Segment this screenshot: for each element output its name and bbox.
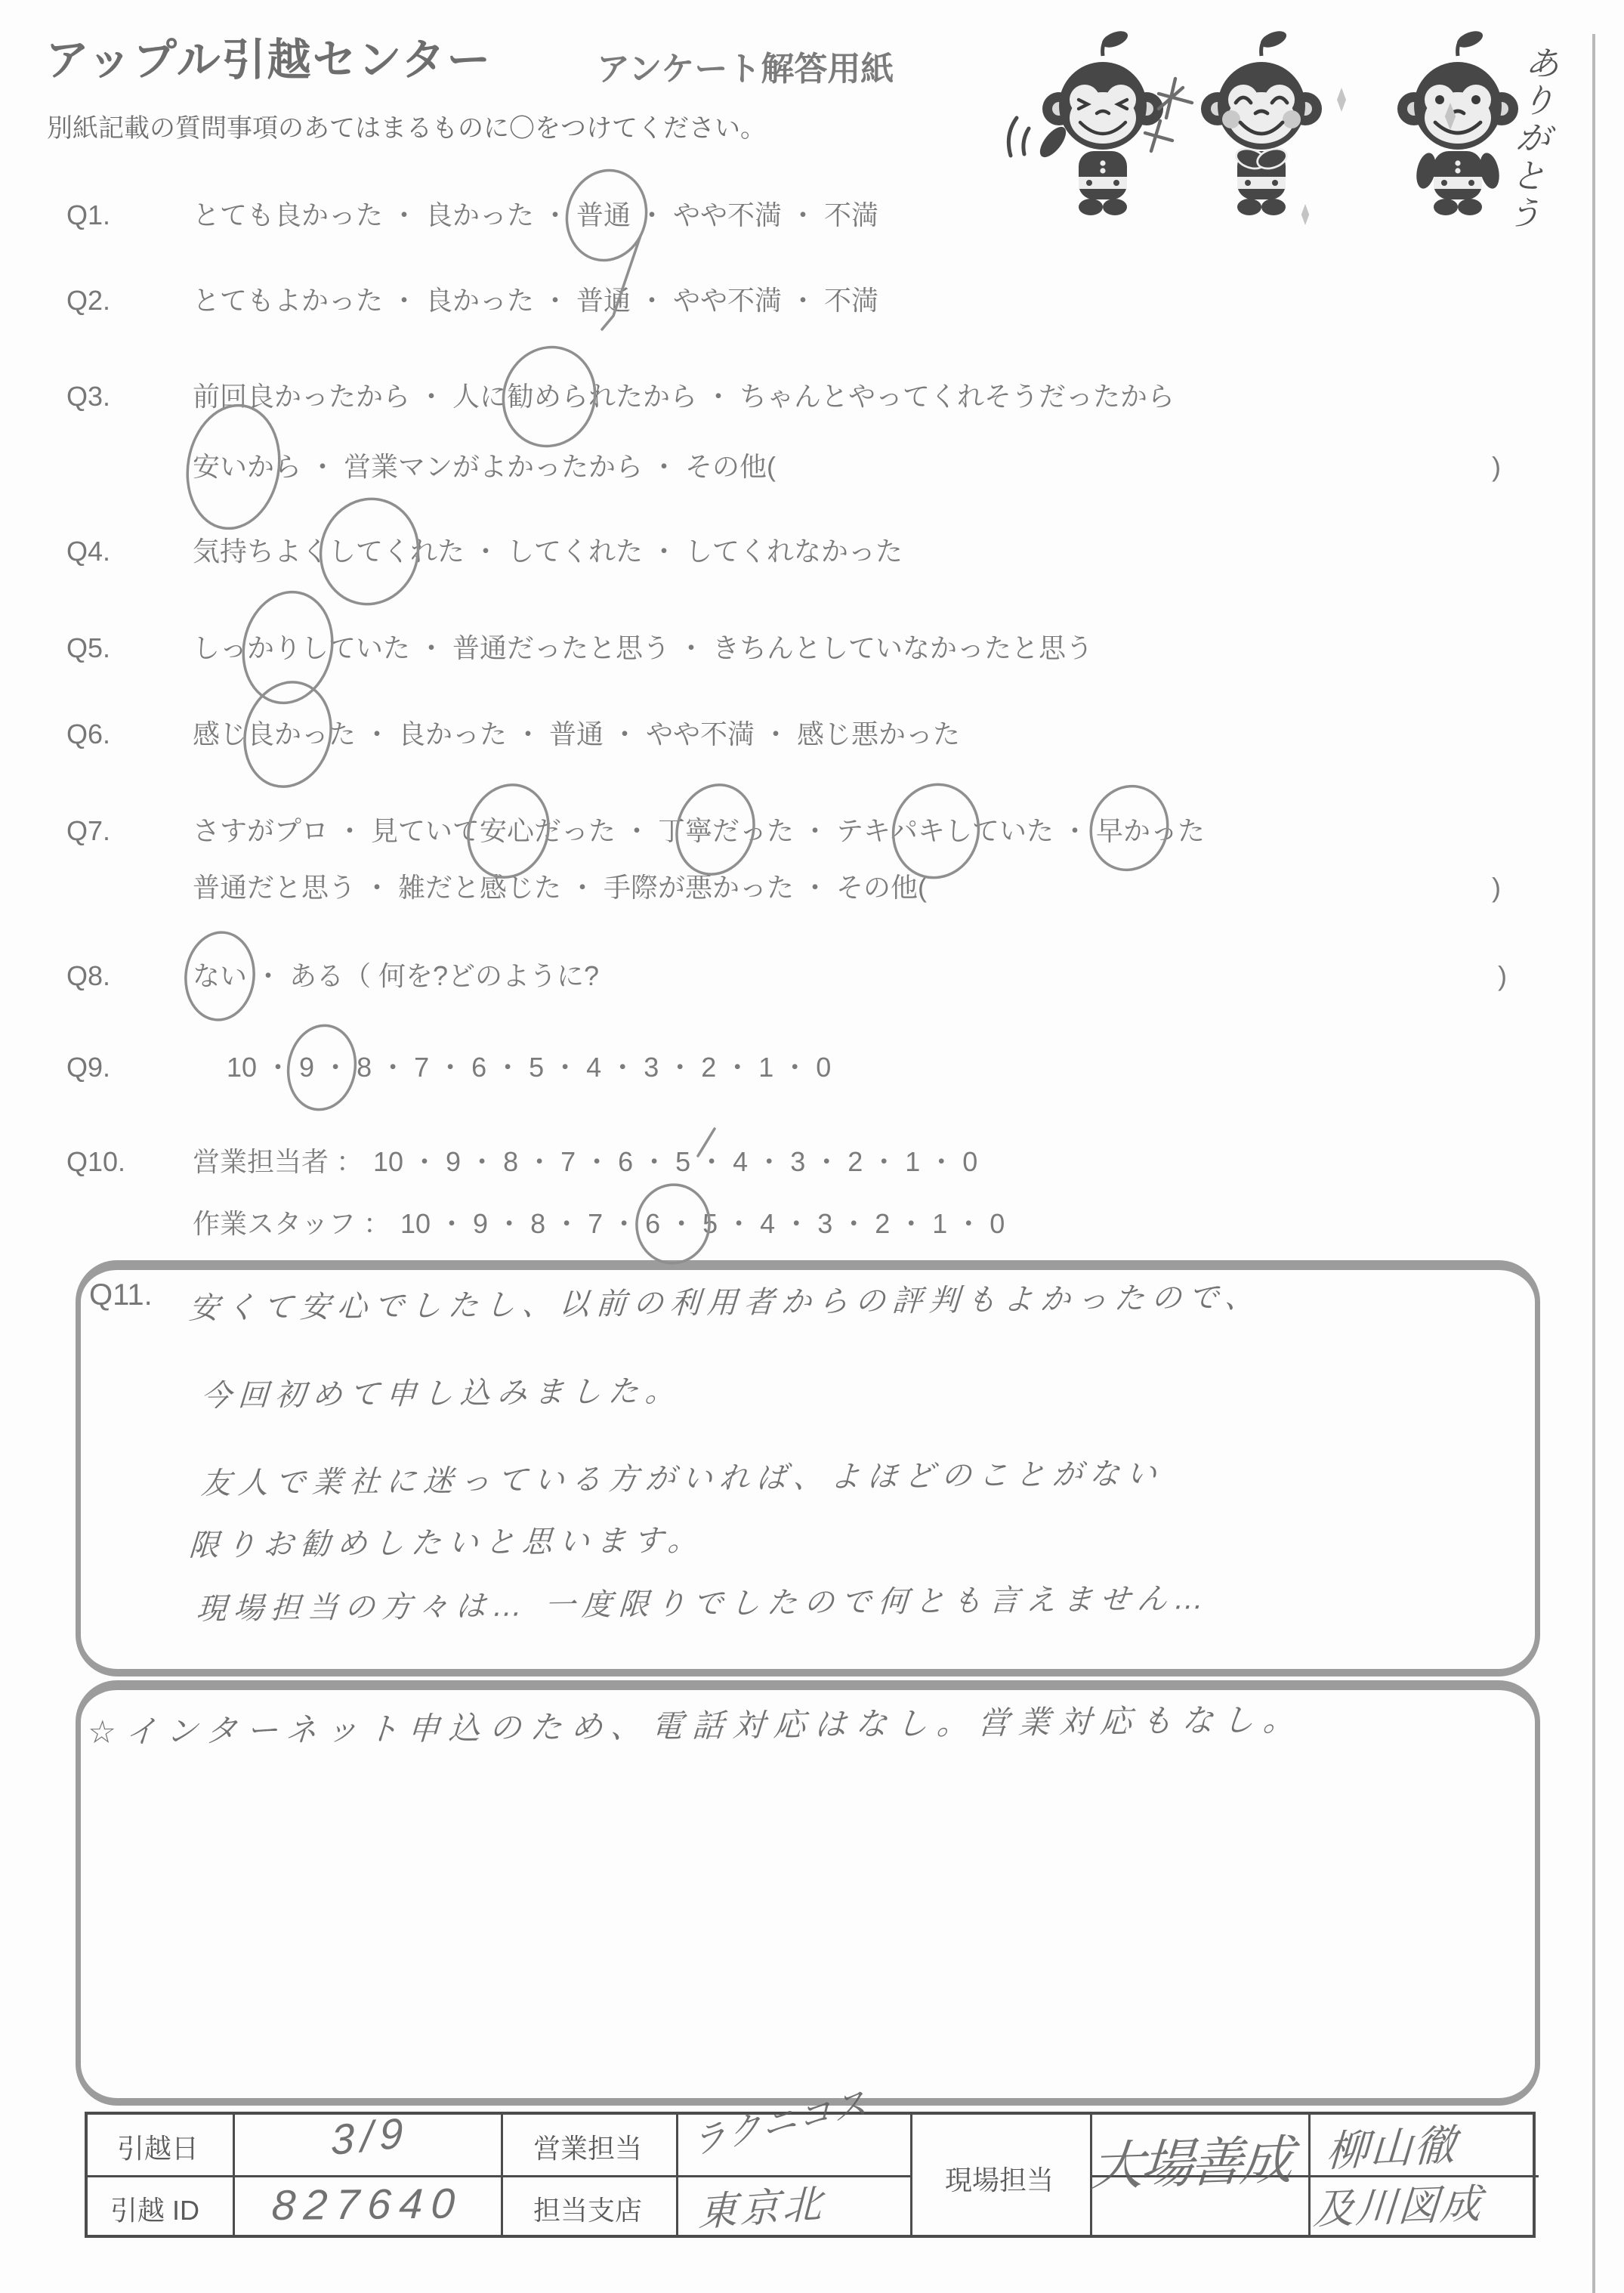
q3-options-line1: 前回良かったから ・ 人に勧められたから ・ ちゃんとやってくれそうだったから (193, 382, 1175, 412)
branch-label: 担当支店 (533, 2189, 642, 2228)
q9-id: Q9. (66, 1052, 110, 1083)
q6-id: Q6. (66, 719, 110, 749)
move-date-handwritten: 3/9 (331, 2107, 409, 2165)
table-divider (910, 2115, 912, 2235)
q10-row2-scale: 10 ・ 9 ・ 8 ・ 7 ・ 6 ・ 5 ・ 4 ・ 3 ・ 2 ・ 1 ・… (400, 1209, 1005, 1239)
monkey-smiling-icon (1201, 30, 1322, 215)
branch-handwritten: 東京北 (698, 2171, 826, 2237)
q5-id: Q5. (66, 633, 110, 663)
site-staff-label: 現場担当 (945, 2159, 1054, 2198)
q7-options-line2: 普通だと思う ・ 雑だと感じた ・ 手際が悪かった ・ その他( (193, 873, 927, 903)
q10-row1-scale: 10 ・ 9 ・ 8 ・ 7 ・ 6 ・ 5 ・ 4 ・ 3 ・ 2 ・ 1 ・… (373, 1147, 977, 1177)
q2-id: Q2. (66, 286, 110, 316)
sales-label: 営業担当 (533, 2128, 642, 2166)
q3-paren-close: ) (1492, 452, 1501, 482)
monkey-waving-icon (1036, 30, 1163, 215)
q3-options-line2: 安いから ・ 営業マンがよかったから ・ その他( (193, 452, 776, 482)
move-date-label: 引越日 (117, 2128, 199, 2166)
instruction-text: 別紙記載の質問事項のあてはまるものに〇をつけてください。 (47, 107, 766, 144)
q7-options-line1: さすがプロ ・ 見ていて安心だった ・ 丁寧だった ・ テキパキしていた ・ 早… (193, 816, 1205, 846)
scan-edge-shadow (1592, 34, 1595, 2293)
q11-handwritten-line2: 今回初めて申し込みました。 (200, 1367, 684, 1415)
q7-id: Q7. (66, 816, 110, 846)
move-id-label: 引越 ID (110, 2189, 199, 2228)
q10-row2-label: 作業スタッフ ： (193, 1209, 391, 1239)
q11-handwritten-line4: 限りお勧めしたいと思います。 (188, 1516, 706, 1565)
q4-id: Q4. (66, 536, 110, 567)
site-staff-name1-handwritten: 大場善成 (1088, 2118, 1293, 2202)
sheet-title: アンケート解答用紙 (597, 42, 894, 90)
q3-id: Q3. (66, 382, 110, 412)
q7-paren-close: ) (1492, 873, 1501, 903)
move-id-handwritten: 827640 (270, 2178, 465, 2230)
q9-scale: 10 ・ 9 ・ 8 ・ 7 ・ 6 ・ 5 ・ 4 ・ 3 ・ 2 ・ 1 ・… (227, 1052, 831, 1083)
q8-options: ない ・ ある（ 何を?どのように? (193, 961, 599, 991)
site-staff-name2-handwritten: 柳山徹 (1325, 2112, 1459, 2179)
q8-paren-close: ) (1498, 961, 1507, 991)
q5-options: しっかりしていた ・ 普通だったと思う ・ きちんとしていなかったと思う (193, 633, 1093, 663)
q4-options: 気持ちよくしてくれた ・ してくれた ・ してくれなかった (193, 536, 903, 567)
company-logo-title: アップル引越センター (45, 24, 492, 88)
motion-lines-icon (1008, 118, 1029, 156)
site-staff-name3-handwritten: 及川図成 (1312, 2171, 1485, 2236)
q2-options: とてもよかった ・ 良かった ・ 普通 ・ やや不満 ・ 不満 (193, 286, 878, 316)
q6-options: 感じ良かった ・ 良かった ・ 普通 ・ やや不満 ・ 感じ悪かった (193, 719, 960, 749)
q1-id: Q1. (66, 200, 110, 230)
q11-id: Q11. (89, 1280, 153, 1310)
q10-row1-label: 営業担当者 ： (193, 1147, 363, 1177)
monkey-mascots-illustration (1005, 30, 1564, 249)
q8-id: Q8. (66, 961, 110, 991)
survey-sheet-scan: { "header": { "title": "アップル引越センター", "su… (0, 0, 1624, 2293)
q10-id: Q10. (66, 1147, 125, 1177)
q1-options: とても良かった ・ 良かった ・ 普通 ・ やや不満 ・ 不満 (193, 200, 878, 230)
